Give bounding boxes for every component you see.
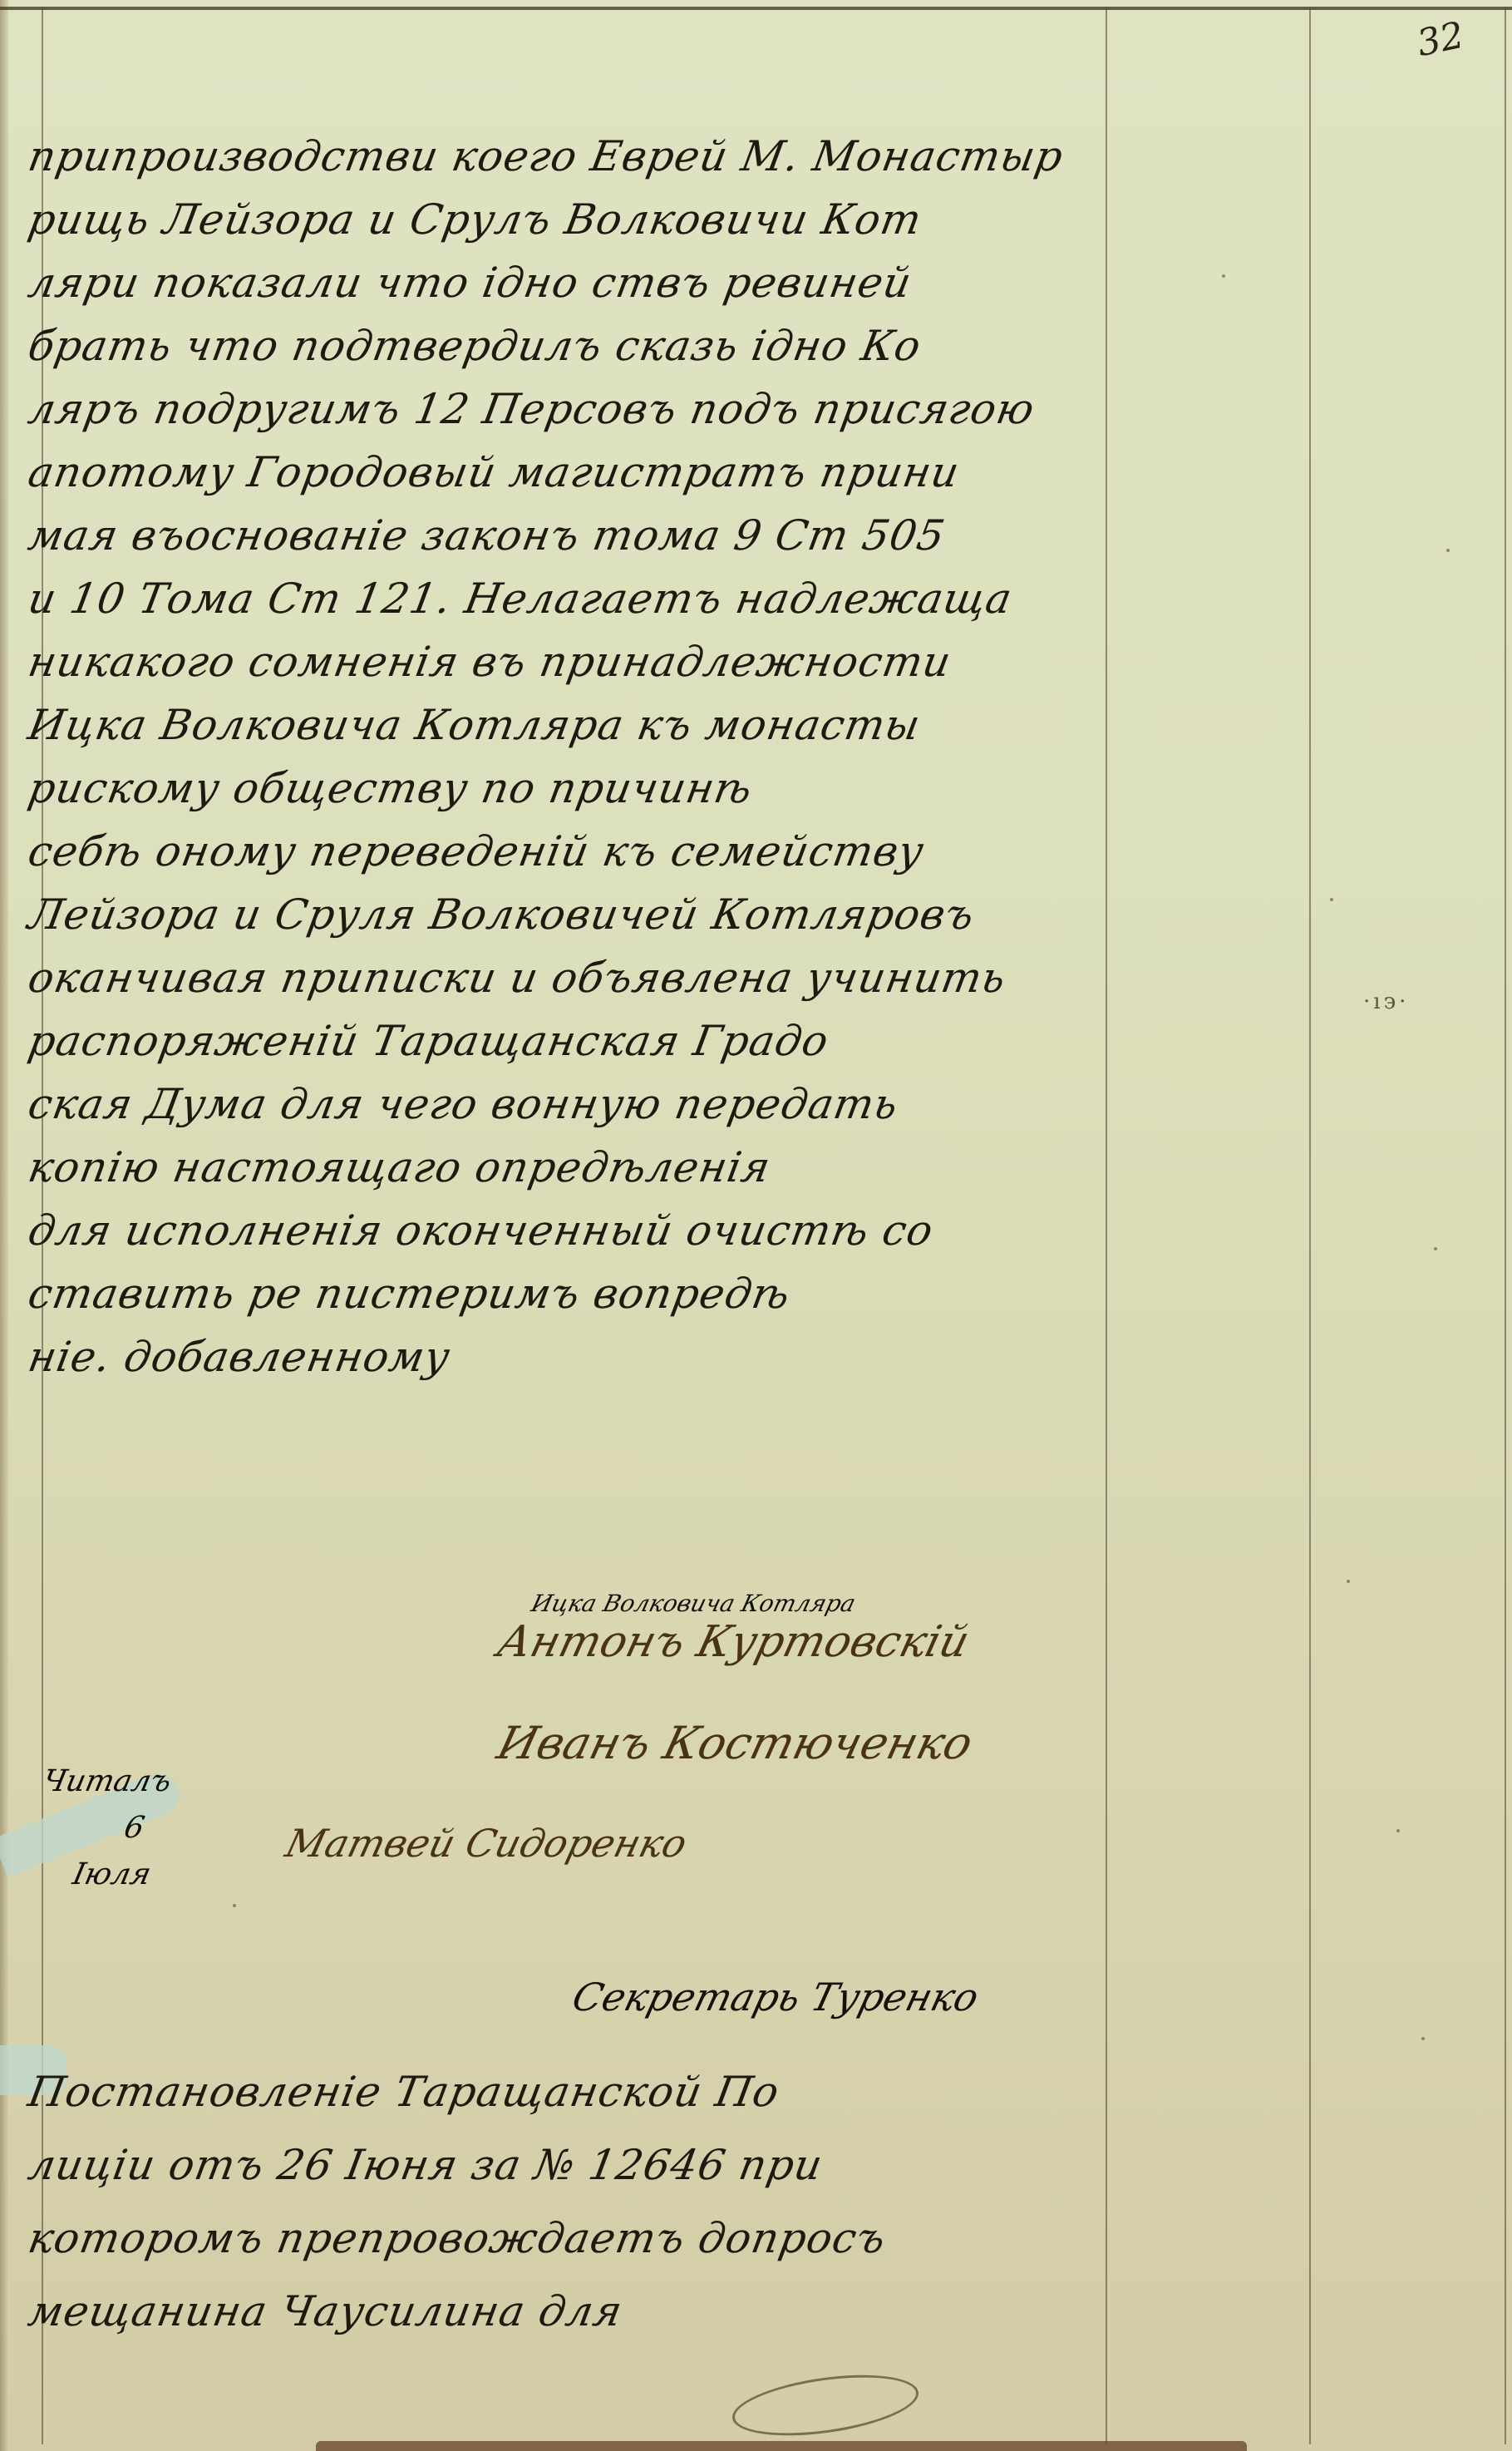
text-line: Ицка Волковича Котляра къ монасты xyxy=(23,693,1198,757)
text-line: апотому Городовый магистратъ прини xyxy=(23,441,1198,504)
text-line: припроизводстви коего Еврей М. Монастыр xyxy=(23,125,1198,188)
text-line: мещанина Чаусилина для xyxy=(23,2280,1198,2343)
outer-margin-rule xyxy=(1309,8,1311,2444)
text-line: ляри показали что ідно ствъ ревиней xyxy=(23,251,1198,314)
page-bottom-edge xyxy=(316,2441,1247,2451)
text-line: рискому обществу по причинѣ xyxy=(23,757,1198,820)
text-line: рищь Лейзора и Срулъ Волковичи Кот xyxy=(23,188,1198,251)
signature-secretary: Секретарь Туренко xyxy=(568,1975,983,2019)
signature-3: Матвей Сидоренко xyxy=(281,1821,692,1866)
text-line: которомъ препровождаетъ допросъ xyxy=(23,2207,1198,2270)
text-line: никакого сомненія въ принадлежности xyxy=(23,630,1198,693)
closing-flourish xyxy=(729,2365,923,2446)
manuscript-page: 32 ·ıэ· припроизводстви коего Еврей М. М… xyxy=(0,0,1512,2451)
text-line: копію настоящаго опредѣленія xyxy=(23,1136,1198,1199)
text-line: себѣ оному переведеній къ семейству xyxy=(23,820,1198,883)
margin-note-line: Читалъ xyxy=(38,1758,214,1805)
second-entry-text: Постановленіе Таращанской По лиціи отъ 2… xyxy=(23,2060,1187,2343)
margin-mark: ·ıэ· xyxy=(1363,989,1409,1014)
text-line: оканчивая приписки и объявлена учинить xyxy=(23,946,1198,1009)
page-edge-rule xyxy=(1505,8,1506,2444)
text-line: лиціи отъ 26 Іюня за № 12646 при xyxy=(23,2133,1198,2197)
text-line: распоряженій Таращанская Градо xyxy=(23,1009,1198,1073)
text-line: мая въоснованіе законъ тома 9 Ст 505 xyxy=(23,504,1198,567)
margin-note: Читалъ 6 Іюля xyxy=(18,1758,214,1898)
margin-note-line: 6 xyxy=(28,1805,204,1852)
top-ruled-line xyxy=(0,7,1512,10)
signature-2: Иванъ Костюченко xyxy=(492,1717,978,1769)
text-line: Лейзора и Сруля Волковичей Котляровъ xyxy=(23,883,1198,946)
text-line: ніе. добавленному xyxy=(23,1325,1198,1388)
text-line: ставить ре пистеримъ вопредѣ xyxy=(23,1262,1198,1325)
page-number: 32 xyxy=(1413,14,1467,66)
signature-1: Антонъ Куртовскій xyxy=(493,1617,975,1667)
margin-note-line: Іюля xyxy=(18,1852,195,1898)
text-line: ляръ подругимъ 12 Персовъ подъ присягою xyxy=(23,377,1198,441)
text-line: для исполненія оконченный очистѣ со xyxy=(23,1199,1198,1262)
text-line: брать что подтвердилъ сказь ідно Ко xyxy=(23,314,1198,377)
main-text-block: припроизводстви коего Еврей М. Монастыр … xyxy=(23,125,1187,1388)
text-line: и 10 Тома Ст 121. Нелагаетъ надлежаща xyxy=(23,567,1198,630)
text-line: ская Дума для чего вонную передать xyxy=(23,1073,1198,1136)
interline-note: Ицка Волковича Котляра xyxy=(529,1590,859,1617)
text-line: Постановленіе Таращанской По xyxy=(23,2060,1198,2123)
